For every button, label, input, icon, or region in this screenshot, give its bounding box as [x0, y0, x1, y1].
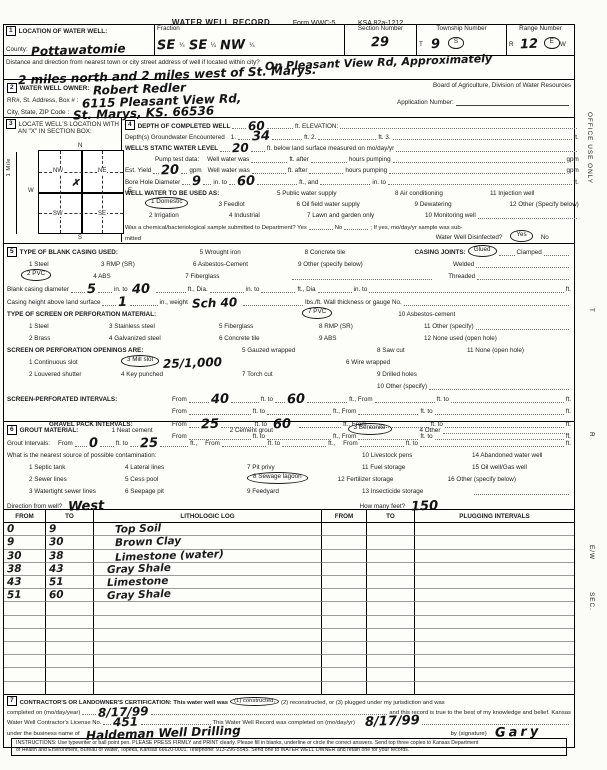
plug-from-cell-empty	[322, 668, 367, 681]
quadrant-nw-label: NW	[52, 168, 64, 174]
option-key-punched: 4 Key punched	[121, 372, 242, 379]
dots	[477, 279, 569, 280]
dots	[181, 173, 187, 174]
fraction-cell: Fraction SE ¼ SE ¼ NW ¼	[154, 25, 344, 55]
plug-to-cell-empty	[367, 616, 415, 629]
dots	[311, 162, 347, 163]
bore-label: Bore Hole Diameter	[125, 180, 180, 187]
dots	[476, 329, 569, 330]
dots	[261, 292, 295, 293]
grout-ft-to-2: ft. to	[268, 441, 280, 448]
log-to-cell: 60	[46, 589, 94, 602]
section-7-number: 7	[7, 696, 17, 706]
form-body: 1 LOCATION OF WATER WELL: County: Pottaw…	[3, 24, 575, 748]
mile-label: 1 Mile	[6, 158, 12, 176]
lithologic-log-table: FROM TO LITHOLOGIC LOG FROM TO PLUGGING …	[4, 510, 574, 695]
dots	[282, 446, 326, 447]
casing-height-label: Casing height above land surface	[7, 300, 100, 307]
log-to-cell: 30	[46, 536, 94, 549]
plug-entry-cell	[415, 563, 574, 576]
option-watertight-sewer: 3 Watertight sewer lines	[29, 489, 125, 496]
township-t: T	[419, 42, 423, 49]
range-r: R	[509, 42, 514, 49]
pump-ft-after: ft. after	[289, 157, 309, 164]
bore-ft: ft.	[574, 180, 579, 187]
log-entry-cell: Gray Shale	[94, 589, 322, 602]
casing-weight-label: in., weight	[160, 300, 188, 307]
section-3-4-row: 3 LOCATE WELL'S LOCATION WITH AN "X" IN …	[4, 117, 574, 243]
log-to-value: 30	[49, 536, 64, 549]
mile-bar	[16, 152, 17, 234]
license-label: Water Well Contractor's License No.	[7, 720, 101, 726]
plug-to-cell	[367, 589, 415, 602]
section-number-value: 29	[371, 37, 389, 47]
option-feedlot: 3 Feedlot	[218, 202, 296, 209]
section-2-owner: 2 WATER WELL OWNER: Robert Redler RR#, S…	[4, 79, 574, 117]
dots	[153, 173, 159, 174]
log-entry-cell: Gray Shale	[94, 563, 322, 576]
casing-dia-3: ft., Dia	[297, 287, 315, 294]
option-concrete-tile-screen: 6 Concrete tile	[219, 336, 319, 343]
option-fuel-storage: 11 Fuel storage	[362, 465, 472, 472]
gw-ft: ft.	[574, 135, 579, 142]
log-to-value: 43	[49, 563, 64, 576]
section-6-number: 6	[7, 425, 17, 435]
section-box-diagram: NW NE SW SE ✗	[38, 150, 124, 234]
quarter-glyph-1: ¼	[179, 43, 184, 50]
dots	[474, 494, 569, 495]
county-cell: 1 LOCATION OF WATER WELL: County: Pottaw…	[4, 25, 154, 55]
header-lithologic-log: LITHOLOGIC LOG	[94, 510, 322, 523]
grout-ft-2: ft.,	[328, 441, 335, 448]
application-number-label: Application Number:	[397, 100, 454, 107]
plug-from-cell-empty	[322, 602, 367, 615]
casing-weight-value: Sch 40	[192, 298, 237, 308]
dots	[393, 162, 565, 163]
completed-on-label: completed on (mo/day/year)	[7, 710, 80, 716]
plug-entry-cell-empty	[415, 629, 574, 642]
option-dewatering: 9 Dewatering	[414, 202, 509, 209]
dots	[231, 402, 259, 403]
log-to-cell-empty	[46, 629, 94, 642]
option-livestock-pens: 10 Livestock pens	[362, 453, 472, 460]
dots	[130, 305, 158, 306]
plug-to-cell-empty	[367, 655, 415, 668]
dots	[71, 292, 85, 293]
record-date-value: 8/17/99	[365, 716, 420, 727]
dots	[451, 402, 564, 403]
dots	[257, 184, 297, 185]
dots	[318, 292, 352, 293]
disinfected-label: Water Well Disinfected?	[436, 235, 503, 242]
spi2-from: From	[172, 409, 187, 416]
sample-mitted: mitted	[125, 236, 141, 242]
spi-ft-from: ft., From	[349, 397, 372, 404]
option-louvered-shutter: 2 Louvered shutter	[29, 372, 121, 379]
option-gauzed-wrapped: 5 Gauzed wrapped	[242, 348, 377, 355]
option-fertilizer-storage: 12 Fertilizer storage	[338, 477, 448, 484]
option-domestic-circled: 1 Domestic	[145, 197, 189, 209]
log-entry-cell: Limestone (water)	[94, 550, 322, 563]
dots	[344, 229, 368, 230]
section-number-cell: Section Number 29	[344, 25, 416, 55]
dots	[369, 292, 564, 293]
option-wrought-iron: 5 Wrought iron	[200, 250, 305, 257]
margin-ew-label: E/W	[588, 545, 595, 560]
option-pit-privy: 7 Pit privy	[247, 465, 362, 472]
contamination-label: What is the nearest source of possible c…	[7, 453, 362, 460]
range-cell: Range Number R 12 E W	[506, 25, 574, 55]
joint-glued-circled: Glued	[468, 245, 497, 257]
log-from-cell: 30	[4, 550, 46, 563]
dots	[275, 402, 285, 403]
dots	[203, 184, 211, 185]
bore-in-to: in. to	[213, 180, 227, 187]
certification-rest: (2) reconstructed, or (3) plugged under …	[281, 700, 445, 706]
log-to-value: 60	[49, 589, 64, 602]
spi-ft: ft.	[566, 397, 571, 404]
section-3-heading-2: AN "X" IN SECTION BOX:	[6, 129, 119, 136]
office-use-only-label: OFFICE USE ONLY	[586, 112, 593, 184]
disinfected-yes-circled: Yes	[510, 230, 532, 242]
address-label: RR#, St. Address, Box #	[7, 98, 75, 105]
dots	[307, 402, 347, 403]
log-from-value: 9	[7, 536, 15, 548]
log-to-cell: 43	[46, 563, 94, 576]
spi2-ft: ft.	[566, 409, 571, 416]
static-level-rest: ft. below land surface measured on mo/da…	[267, 146, 394, 153]
option-abs: 4 ABS	[93, 274, 185, 281]
log-from-cell: 0	[4, 523, 46, 536]
plug-from-cell-empty	[322, 682, 367, 695]
board-block: Board of Agriculture, Division of Water …	[337, 81, 571, 116]
grout-intervals-label: Grout Intervals:	[7, 441, 50, 448]
county-value: Pottawatomie	[31, 44, 126, 56]
casing-ft: ft.	[566, 287, 571, 294]
log-to-cell-empty	[46, 655, 94, 668]
log-entry-value: Limestone	[107, 575, 169, 589]
spi-ft-to: ft. to	[261, 397, 273, 404]
dots	[251, 162, 287, 163]
quadrant-sw-label: SW	[52, 211, 64, 217]
spi2-ft-from: ft., From	[333, 409, 356, 416]
wall-thickness-label: lbs./ft. Wall thickness or gauge No.	[305, 300, 402, 307]
margin-t-label: T	[588, 308, 595, 313]
dots	[499, 255, 515, 256]
screen-material-label: TYPE OF SCREEN OR PERFORATION MATERIAL:	[7, 312, 302, 319]
sample-question: Was a chemical/bacteriological sample su…	[125, 225, 307, 231]
log-entry-cell-empty	[94, 642, 322, 655]
plug-to-cell-empty	[367, 629, 415, 642]
dots	[309, 173, 343, 174]
quadrant-se-label: SE	[97, 211, 107, 217]
static-level-label: WELL'S STATIC WATER LEVEL	[125, 146, 218, 153]
option-insecticide-storage: 13 Insecticide storage	[362, 489, 472, 496]
sample-ifyes: ; If yes, mo/day/yr sample was sub-	[370, 225, 462, 231]
application-number-line	[456, 105, 569, 106]
log-to-value: 9	[49, 523, 57, 535]
grout-from-3: From	[343, 441, 358, 448]
log-to-value: 51	[49, 576, 64, 589]
option-none-open-hole: 11 None (open hole)	[467, 348, 524, 355]
section-2-number: 2	[7, 83, 17, 93]
plug-to-cell	[367, 576, 415, 589]
option-steel-screen: 1 Steel	[29, 324, 109, 331]
quarter-glyph-3: ¼	[249, 43, 254, 50]
casing-in-to-2: in. to	[246, 287, 260, 294]
signature-value: Gary	[495, 727, 542, 738]
joint-threaded: Threaded	[448, 274, 475, 281]
option-lawn-garden: 7 Lawn and garden only	[307, 213, 425, 220]
log-from-cell-empty	[4, 668, 46, 681]
section-1-header-row: 1 LOCATION OF WATER WELL: County: Pottaw…	[4, 25, 574, 55]
dots	[360, 446, 404, 447]
plug-from-cell-empty	[322, 616, 367, 629]
section-5-casing: 5 TYPE OF BLANK CASING USED: 5 Wrought i…	[4, 243, 574, 421]
option-neat-cement: 1 Neat cement	[112, 428, 230, 435]
slot-size-value: 25/1,000	[163, 358, 222, 368]
option-oil-gas-well: 15 Oil well/Gas well	[472, 465, 527, 472]
plug-to-cell-empty	[367, 602, 415, 615]
grout-ft-to: ft. to	[116, 441, 128, 448]
owner-block: 2 WATER WELL OWNER: Robert Redler RR#, S…	[7, 81, 337, 116]
dots	[267, 128, 293, 129]
well-x-mark: ✗	[71, 177, 81, 189]
log-to-value: 38	[49, 549, 64, 562]
section-4-number: 4	[125, 120, 135, 130]
sample-no: No	[335, 225, 343, 231]
casing-in-to-3: in. to	[354, 287, 368, 294]
dots	[252, 173, 286, 174]
option-air-conditioning: 8 Air conditioning	[395, 191, 490, 198]
casing-dia-2: ft., Dia.	[188, 287, 208, 294]
dots	[189, 402, 209, 403]
option-asbestos-cement: 6 Asbestos-Cement	[193, 262, 298, 269]
option-feedyard: 9 Feedyard	[247, 489, 362, 496]
option-fiberglass-casing: 7 Fiberglass	[185, 274, 290, 281]
quarter-glyph-2: ¼	[211, 43, 216, 50]
grout-from: From	[58, 441, 73, 448]
disinfected-no: No	[541, 235, 549, 242]
plug-from-cell	[322, 523, 367, 536]
log-entry-cell-empty	[94, 629, 322, 642]
blank-casing-diameter-label: Blank casing diameter	[7, 287, 69, 294]
bore-diameter-value: 9	[192, 177, 201, 186]
casing-in-to: in. to	[114, 287, 128, 294]
openings-label: SCREEN OR PERFORATION OPENINGS ARE:	[7, 348, 242, 355]
plug-from-cell	[322, 576, 367, 589]
use-label: WELL WATER TO BE USED AS:	[125, 191, 277, 198]
section-box-dash-v2	[102, 151, 103, 233]
township-label: Township Number	[419, 26, 504, 33]
option-sewer-lines: 2 Sewer lines	[29, 477, 125, 484]
casing-joints-label: CASING JOINTS:	[415, 250, 466, 257]
option-cement-grout: 2 Cement grout	[230, 428, 348, 435]
log-entry-cell-empty	[94, 602, 322, 615]
dots	[267, 414, 331, 415]
dots	[160, 446, 188, 447]
range-label: Range Number	[509, 26, 572, 33]
grout-from-2: From	[205, 441, 220, 448]
section-box-center-horizontal	[39, 192, 123, 194]
dots	[429, 389, 569, 390]
log-from-cell-empty	[4, 655, 46, 668]
dots	[478, 218, 577, 219]
section-1-location: 1 LOCATION OF WATER WELL: County: Pottaw…	[4, 25, 574, 79]
dots	[210, 292, 244, 293]
log-entry-cell-empty	[94, 616, 322, 629]
dots	[220, 151, 230, 152]
dots	[243, 305, 303, 306]
plug-to-cell-empty	[367, 682, 415, 695]
plug-entry-cell	[415, 589, 574, 602]
option-oil-field: 6 Oil field water supply	[296, 202, 414, 209]
grout-from-value: 0	[89, 439, 98, 448]
dots	[189, 414, 251, 415]
header-to: TO	[46, 510, 94, 523]
dots	[75, 446, 87, 447]
dots	[82, 714, 96, 715]
section-3-locate: 3 LOCATE WELL'S LOCATION WITH AN "X" IN …	[4, 118, 122, 242]
log-from-cell: 9	[4, 536, 46, 549]
option-saw-cut: 8 Saw cut	[377, 348, 467, 355]
pump-hours: hours pumping	[349, 157, 391, 164]
header-plugging-intervals: PLUGGING INTERVALS	[415, 510, 574, 523]
casing-depth-value: 40	[132, 285, 150, 295]
dots	[156, 292, 186, 293]
log-entry-value: Top Soil	[115, 522, 162, 536]
dots	[544, 255, 569, 256]
dots	[318, 139, 376, 140]
log-entry-cell-empty	[94, 682, 322, 695]
option-public-supply: 5 Public water supply	[277, 191, 395, 198]
plug-from-cell-empty	[322, 629, 367, 642]
dots	[100, 446, 114, 447]
casing-height-value: 1	[118, 298, 127, 307]
option-galvanized-steel: 4 Galvanized steel	[109, 336, 219, 343]
spi-to-value: 60	[287, 395, 305, 405]
joint-clamped: Clamped	[517, 250, 542, 257]
water-well-record-page: WATER WELL RECORD Form WWC-5 KSA 82a-121…	[0, 0, 607, 770]
log-from-value: 0	[7, 523, 15, 535]
section-box-dash-v1	[60, 151, 61, 233]
log-from-cell: 51	[4, 589, 46, 602]
log-to-cell: 38	[46, 550, 94, 563]
casing-diameter-value: 5	[87, 285, 96, 294]
log-from-cell: 38	[4, 563, 46, 576]
elevation-label: ft. ELEVATION:	[295, 124, 338, 131]
fraction-q2: SE	[188, 40, 207, 50]
compass-e: E	[128, 188, 132, 194]
license-value: 451	[113, 717, 138, 726]
owner-heading: WATER WELL OWNER:	[20, 86, 90, 93]
option-abs-screen: 9 ABS	[319, 336, 424, 343]
option-other-contamination: 16 Other (specify below)	[448, 477, 516, 484]
log-from-value: 30	[7, 549, 22, 562]
spi-from: From	[172, 397, 187, 404]
township-s-circled: S	[448, 37, 464, 49]
option-pvc-screen-circled: 7 PVC	[302, 307, 332, 319]
log-entry-cell-empty	[94, 655, 322, 668]
fraction-label: Fraction	[157, 26, 342, 33]
dots	[102, 305, 116, 306]
option-fiberglass-screen: 5 Fiberglass	[219, 324, 319, 331]
option-other-grout: 4 Other	[420, 428, 441, 435]
dots	[396, 151, 577, 152]
log-entry-cell: Top Soil	[94, 523, 322, 536]
header-from-2: FROM	[322, 510, 367, 523]
grout-label: GROUT MATERIAL:	[20, 428, 112, 435]
dots	[130, 446, 138, 447]
option-mill-slot-circled: 3 Mill slot	[121, 355, 159, 367]
log-entry-cell-empty	[94, 668, 322, 681]
screen-intervals-label: SCREEN-PERFORATED INTERVALS:	[7, 397, 172, 404]
static-level-value: 20	[232, 144, 249, 153]
option-other-casing: 9 Other (specify below)	[298, 262, 453, 269]
option-brass: 2 Brass	[29, 336, 109, 343]
dots	[340, 128, 577, 129]
header-to-2: TO	[367, 510, 415, 523]
dots	[151, 714, 387, 715]
dots	[358, 414, 418, 415]
section-6-grout: 6 GROUT MATERIAL: 1 Neat cement 2 Cement…	[4, 421, 574, 509]
county-label: County:	[6, 47, 28, 54]
section-5-number: 5	[7, 247, 17, 257]
yield-value: 20	[161, 166, 179, 176]
plug-from-cell	[322, 550, 367, 563]
log-from-value: 38	[7, 563, 22, 576]
plug-entry-cell	[415, 536, 574, 549]
log-to-cell: 51	[46, 576, 94, 589]
option-seepage-pit: 6 Seepage pit	[125, 489, 247, 496]
grout-ft-1: ft.,	[190, 441, 197, 448]
log-to-cell-empty	[46, 682, 94, 695]
option-concrete-tile: 8 Concrete tile	[305, 250, 415, 257]
margin-sec-label: SEC.	[588, 592, 595, 611]
spi2-ft-to: ft. to	[253, 409, 265, 416]
constructed-circled: (1) constructed,	[230, 697, 279, 706]
option-rmp-sr-screen: 8 RMP (SR)	[319, 324, 424, 331]
log-to-cell-empty	[46, 642, 94, 655]
compass-n: N	[78, 143, 82, 149]
plug-from-cell-empty	[322, 655, 367, 668]
business-name-label: under the business name of	[7, 731, 80, 737]
plug-entry-cell	[415, 576, 574, 589]
plug-to-cell	[367, 563, 415, 576]
log-from-cell-empty	[4, 682, 46, 695]
dots	[320, 184, 370, 185]
dots	[229, 184, 235, 185]
option-sewage-lagoon-circled: 8 Sewage lagoon	[247, 472, 308, 484]
dots	[309, 229, 333, 230]
spi2-ft-to-2: ft. to	[420, 409, 432, 416]
log-from-value: 51	[7, 589, 22, 602]
gw-2: ft. 2.	[304, 135, 316, 142]
board-of-agriculture-label: Board of Agriculture, Division of Water …	[337, 83, 571, 90]
dots	[420, 446, 564, 447]
log-entry-value: Gray Shale	[107, 588, 171, 602]
plug-to-cell-empty	[367, 642, 415, 655]
log-to-cell-empty	[46, 602, 94, 615]
plug-entry-cell-empty	[415, 668, 574, 681]
plug-from-cell-empty	[322, 642, 367, 655]
option-injection-well: 11 Injection well	[490, 191, 534, 198]
section-3-number: 3	[6, 119, 16, 129]
bore-depth-value: 60	[237, 177, 255, 187]
section-4-depth: 4 DEPTH OF COMPLETED WELL 60 ft. ELEVATI…	[122, 118, 582, 243]
option-bentonite-circled: 3 Bentonite	[348, 423, 392, 435]
log-entry-value: Brown Clay	[115, 535, 182, 549]
